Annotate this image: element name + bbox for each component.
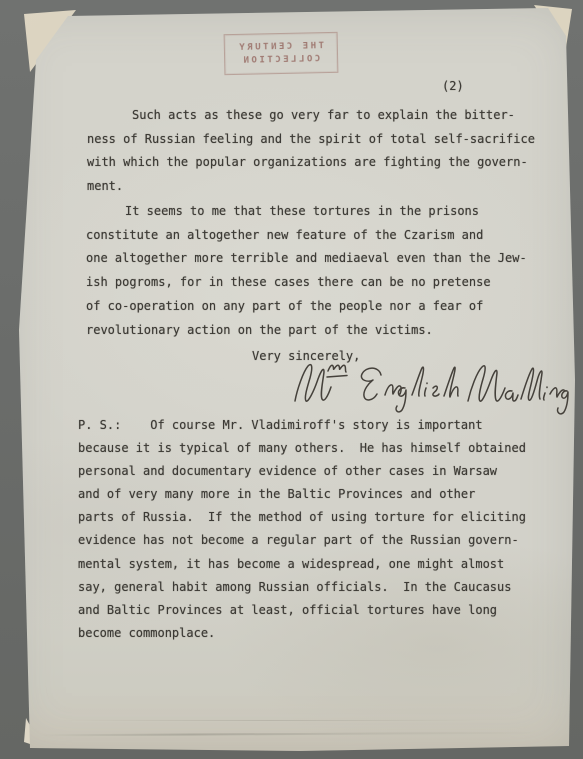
- text-line: personal and documentary evidence of oth…: [78, 460, 526, 483]
- signature-stroke-walling: [468, 366, 568, 414]
- text-line: ness of Russian feeling and the spirit o…: [87, 128, 535, 152]
- text-line: one altogether more terrible and mediaev…: [86, 247, 527, 271]
- stamp-line-2: COLLECTION: [237, 53, 324, 68]
- text-line: with which the popular organizations are…: [87, 151, 535, 175]
- text-line: It seems to me that these tortures in th…: [86, 200, 527, 224]
- text-line: become commonplace.: [78, 622, 526, 645]
- signature-stroke-english: [361, 367, 458, 412]
- text-line: ish pogroms, for in these cases there ca…: [86, 271, 527, 295]
- text-line: P. S.: Of course Mr. Vladimiroff's story…: [78, 414, 526, 437]
- page-number: (2): [442, 77, 464, 95]
- letter-paper-sheet: THE CENTURY COLLECTION (2) Such acts as …: [0, 0, 583, 759]
- text-line: of co-operation on any part of the peopl…: [86, 295, 527, 319]
- text-line: evidence has not become a regular part o…: [78, 529, 526, 552]
- text-line: and Baltic Provinces at least, official …: [78, 599, 526, 622]
- century-collection-stamp: THE CENTURY COLLECTION: [224, 32, 339, 75]
- postscript-paragraph: P. S.: Of course Mr. Vladimiroff's story…: [78, 414, 526, 645]
- signature-wm-english-walling: [288, 354, 570, 422]
- paragraph-1: Such acts as these go very far to explai…: [87, 104, 535, 198]
- paper-crease-faint: [60, 720, 480, 721]
- text-line: ment.: [87, 175, 535, 199]
- text-line: because it is typical of many others. He…: [78, 437, 526, 460]
- paper-crease: [40, 732, 540, 737]
- text-line: and of very many more in the Baltic Prov…: [78, 483, 526, 506]
- text-line: constitute an altogether new feature of …: [86, 224, 527, 248]
- text-line: revolutionary action on the part of the …: [86, 319, 527, 343]
- signature-stroke-wm: [295, 365, 347, 402]
- scanned-letter-page: THE CENTURY COLLECTION (2) Such acts as …: [0, 0, 583, 759]
- text-line: Such acts as these go very far to explai…: [87, 104, 535, 128]
- text-line: say, general habit among Russian officia…: [78, 576, 526, 599]
- text-line: mental system, it has become a widesprea…: [78, 553, 526, 576]
- stamp-text: THE CENTURY COLLECTION: [237, 40, 325, 68]
- paragraph-2: It seems to me that these tortures in th…: [86, 200, 527, 342]
- text-line: parts of Russia. If the method of using …: [78, 506, 526, 529]
